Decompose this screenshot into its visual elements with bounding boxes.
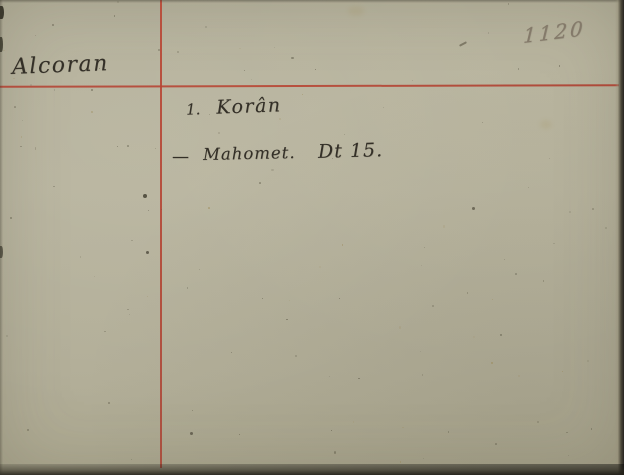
entry-term: Korân — [216, 94, 282, 118]
paper-speck — [399, 326, 401, 329]
paper-speck — [3, 50, 4, 51]
paper-speck — [251, 79, 252, 80]
paper-speck — [239, 434, 240, 435]
paper-speck — [472, 207, 475, 210]
paper-speck — [231, 352, 232, 353]
paper-speck — [205, 26, 206, 27]
paper-speck — [422, 374, 424, 376]
paper-speck — [117, 146, 118, 147]
index-card: Alcoran 1120 1.Korân — Mahomet. Dt 15. — [0, 0, 624, 475]
paper-speck — [443, 225, 445, 228]
paper-speck — [344, 134, 345, 135]
paper-speck — [515, 273, 517, 275]
paper-stain — [540, 120, 552, 129]
paper-speck — [114, 15, 116, 17]
paper-speck — [35, 35, 36, 36]
paper-speck — [54, 89, 56, 91]
paper-speck — [187, 287, 189, 289]
paper-speck — [177, 51, 179, 53]
paper-speck — [104, 331, 105, 332]
paper-speck — [127, 145, 129, 147]
paper-speck — [402, 427, 403, 428]
paper-speck — [420, 351, 421, 352]
paper-speck — [302, 94, 303, 95]
paper-speck — [192, 410, 193, 411]
paper-speck — [6, 335, 8, 338]
paper-speck — [518, 68, 519, 70]
pencil-tick-mark — [459, 41, 467, 47]
entry-line-1: 1.Korân — [186, 94, 282, 119]
paper-speck — [412, 80, 413, 81]
red-vertical-rule — [160, 0, 162, 468]
paper-speck — [467, 292, 468, 294]
paper-speck — [286, 319, 287, 320]
entry-shelfmark: Dt 15. — [318, 139, 384, 163]
paper-speck — [10, 217, 12, 219]
paper-speck — [289, 300, 290, 301]
paper-speck — [432, 305, 434, 307]
paper-speck — [334, 451, 336, 454]
paper-speck — [559, 65, 560, 66]
paper-speck — [562, 371, 563, 372]
paper-speck — [482, 122, 483, 123]
paper-stain — [348, 6, 364, 16]
paper-speck — [291, 57, 293, 59]
paper-speck — [279, 118, 281, 120]
card-edge-notch — [0, 37, 3, 52]
card-edge-shadow-right — [615, 0, 624, 475]
paper-speck — [342, 244, 344, 245]
paper-speck — [129, 314, 130, 315]
card-edge-left — [0, 0, 3, 475]
paper-speck — [566, 432, 567, 433]
paper-speck — [53, 186, 55, 187]
paper-speck — [329, 376, 330, 377]
paper-speck — [492, 299, 493, 300]
paper-speck — [508, 3, 509, 5]
paper-speck — [421, 265, 422, 266]
card-edge-shadow-bottom — [0, 464, 624, 475]
paper-speck — [500, 334, 502, 336]
red-horizontal-rule — [0, 84, 619, 88]
paper-speck — [91, 89, 93, 91]
scanned-catalog-card-view: Alcoran 1120 1.Korân — Mahomet. Dt 15. — [0, 0, 624, 475]
paper-speck — [131, 459, 132, 460]
paper-speck — [518, 375, 520, 377]
paper-speck — [80, 256, 82, 258]
paper-speck — [271, 169, 273, 171]
paper-speck — [127, 309, 129, 311]
paper-speck — [568, 455, 569, 456]
card-number: 1120 — [523, 16, 587, 48]
paper-speck — [155, 148, 156, 149]
paper-speck — [199, 269, 200, 270]
entry-author: Mahomet. — [203, 143, 296, 164]
paper-speck — [423, 458, 424, 459]
paper-speck — [491, 362, 493, 363]
paper-speck — [22, 120, 23, 121]
paper-speck — [528, 187, 529, 188]
paper-speck — [94, 276, 95, 277]
paper-speck — [21, 136, 23, 138]
paper-speck — [353, 421, 355, 423]
paper-speck — [543, 280, 545, 282]
paper-speck — [605, 227, 607, 229]
paper-speck — [147, 296, 148, 297]
paper-speck — [52, 24, 54, 26]
paper-speck — [358, 378, 360, 380]
paper-speck — [108, 402, 110, 404]
paper-speck — [295, 355, 296, 357]
paper-speck — [448, 431, 449, 432]
paper-speck — [495, 443, 496, 445]
card-edge-notch — [0, 6, 4, 19]
paper-speck — [35, 147, 37, 149]
paper-speck — [208, 207, 210, 209]
card-heading: Alcoran — [12, 51, 110, 80]
entry-dash: — — [172, 147, 189, 167]
paper-speck — [259, 182, 261, 184]
entry-reference-number: 1. — [186, 100, 201, 118]
paper-speck — [146, 251, 149, 254]
paper-speck — [14, 106, 16, 108]
paper-speck — [148, 210, 150, 212]
paper-speck — [400, 461, 401, 463]
paper-speck — [591, 428, 592, 429]
paper-speck — [488, 32, 489, 33]
paper-speck — [383, 107, 384, 108]
paper-speck — [239, 48, 241, 49]
paper-speck — [20, 146, 22, 148]
card-edge-notch — [0, 246, 3, 258]
paper-speck — [504, 259, 505, 260]
paper-speck — [569, 211, 571, 213]
paper-speck — [319, 266, 321, 268]
paper-speck — [587, 360, 589, 362]
paper-speck — [218, 132, 220, 134]
card-edge-top — [0, 0, 624, 3]
paper-speck — [537, 421, 539, 423]
paper-speck — [244, 70, 245, 71]
paper-speck — [262, 298, 263, 299]
paper-speck — [549, 158, 550, 159]
paper-speck — [473, 336, 475, 338]
paper-speck — [553, 243, 554, 244]
paper-speck — [91, 111, 93, 113]
paper-speck — [331, 430, 332, 431]
paper-speck — [143, 194, 147, 198]
paper-speck — [339, 298, 340, 299]
paper-speck — [131, 240, 132, 242]
paper-speck — [274, 47, 276, 49]
paper-speck — [592, 208, 594, 210]
paper-speck — [315, 69, 316, 70]
paper-speck — [190, 432, 193, 435]
paper-speck — [424, 247, 425, 248]
paper-speck — [27, 429, 28, 430]
